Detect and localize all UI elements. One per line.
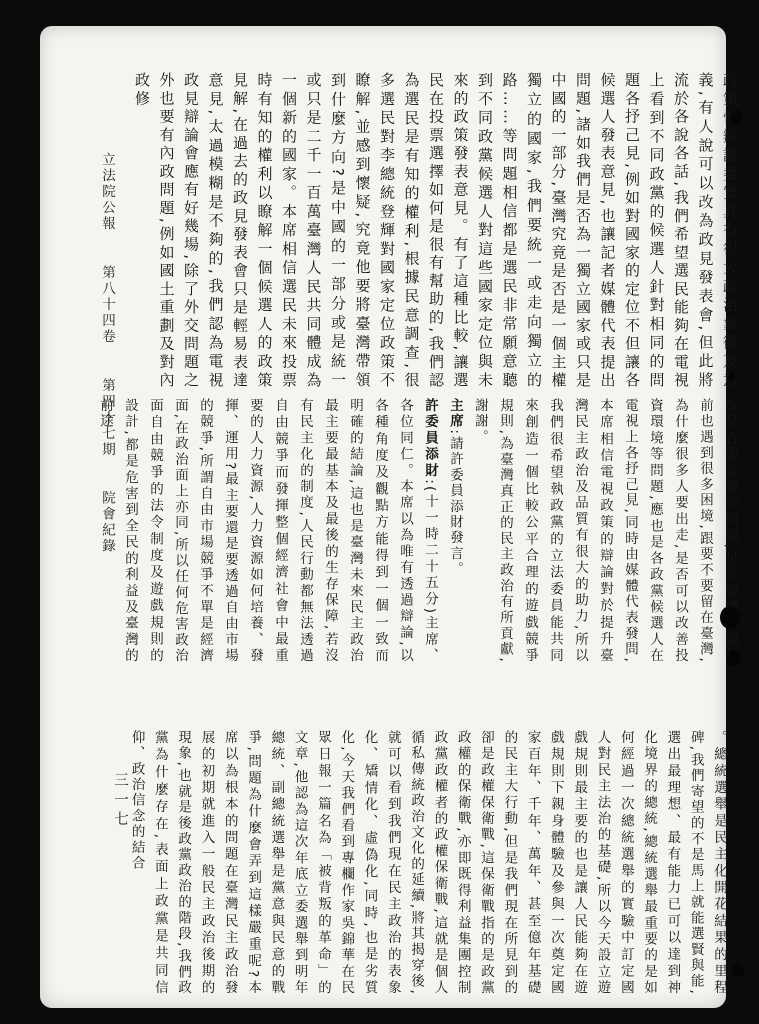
speech2-lower-band: 。總統選舉是民主化開花結果的里程碑,我們寄望的不是馬上就能選賢與能,選出最理想、… bbox=[148, 730, 730, 996]
gazette-scan: { "publication": { "title": "立法院公報", "vo… bbox=[0, 0, 759, 1024]
scan-speck bbox=[732, 964, 744, 977]
scan-speck bbox=[726, 650, 741, 667]
speech1-lower-text: 改是否要會審等問題,另外經濟問題目前也遇到很多困境,跟要不要留在臺灣,為什麼很多… bbox=[467, 398, 742, 664]
speech1-upper-text: 政策性辯論委實具有很大政治象徵及意義,有人說可以改為政見發表會,但此將流於各說各… bbox=[130, 72, 743, 390]
chair-line-text: :請許委員添財發言。 bbox=[447, 429, 463, 577]
speech2-lower-text: 。總統選舉是民主化開花結果的里程碑,我們寄望的不是馬上就能選賢與能,選出最理想、… bbox=[124, 730, 730, 996]
chair-line: 主席:請許委員添財發言。 bbox=[442, 398, 467, 664]
speech2-upper-text: :(十一時二十五分)主席、各位同仁。本席以為唯有透過辯論,以各種角度及觀點方能得… bbox=[97, 398, 438, 664]
speech2-speaker-label: 許委員添財 bbox=[422, 398, 438, 479]
scan-speck bbox=[720, 606, 740, 629]
publication-title: 立法院公報 bbox=[99, 152, 115, 232]
speech2-opening: 許委員添財:(十一時二十五分)主席、各位同仁。本席以為唯有透過辯論,以各種角度及… bbox=[92, 398, 442, 664]
publication-volume: 第八十四卷 bbox=[99, 265, 115, 345]
scanned-page: 立法院公報 第八十四卷 第四十七期 院會紀錄 三一七 政策性辯論委實具有很大政治… bbox=[40, 26, 726, 1008]
scan-speck bbox=[728, 372, 735, 381]
speech1-upper-band: 政策性辯論委實具有很大政治象徵及意義,有人說可以改為政見發表會,但此將流於各說各… bbox=[128, 72, 742, 390]
chair-speaker-label: 主席 bbox=[447, 398, 463, 429]
middle-band: 改是否要會審等問題,另外經濟問題目前也遇到很多困境,跟要不要留在臺灣,為什麼很多… bbox=[116, 398, 742, 664]
scan-speck bbox=[731, 110, 742, 125]
